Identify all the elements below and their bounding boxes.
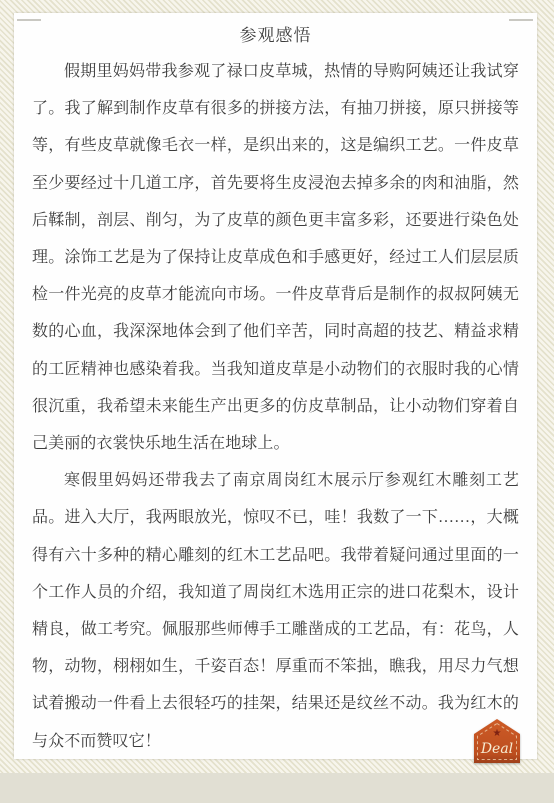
deal-badge-shape: ★ Deal xyxy=(474,719,520,763)
page-background: 参观感悟 假期里妈妈带我参观了禄口皮草城，热情的导购阿姨还让我试穿了。我了解到制… xyxy=(0,0,554,803)
document-title: 参观感悟 xyxy=(32,19,519,53)
top-left-corner-mark xyxy=(17,19,41,21)
document-page: 参观感悟 假期里妈妈带我参观了禄口皮草城，热情的导购阿姨还让我试穿了。我了解到制… xyxy=(14,13,537,759)
star-icon: ★ xyxy=(493,728,502,739)
paragraph-redwood-hall: 寒假里妈妈还带我去了南京周岗红木展示厅参观红木雕刻工艺品。进入大厅，我两眼放光，… xyxy=(32,462,519,760)
paragraph-fur-city: 假期里妈妈带我参观了禄口皮草城，热情的导购阿姨还让我试穿了。我了解到制作皮草有很… xyxy=(32,53,519,462)
bottom-band xyxy=(0,773,554,803)
deal-badge-label: Deal xyxy=(480,741,513,757)
top-right-corner-mark xyxy=(509,19,533,21)
deal-badge[interactable]: ★ Deal xyxy=(474,719,520,763)
